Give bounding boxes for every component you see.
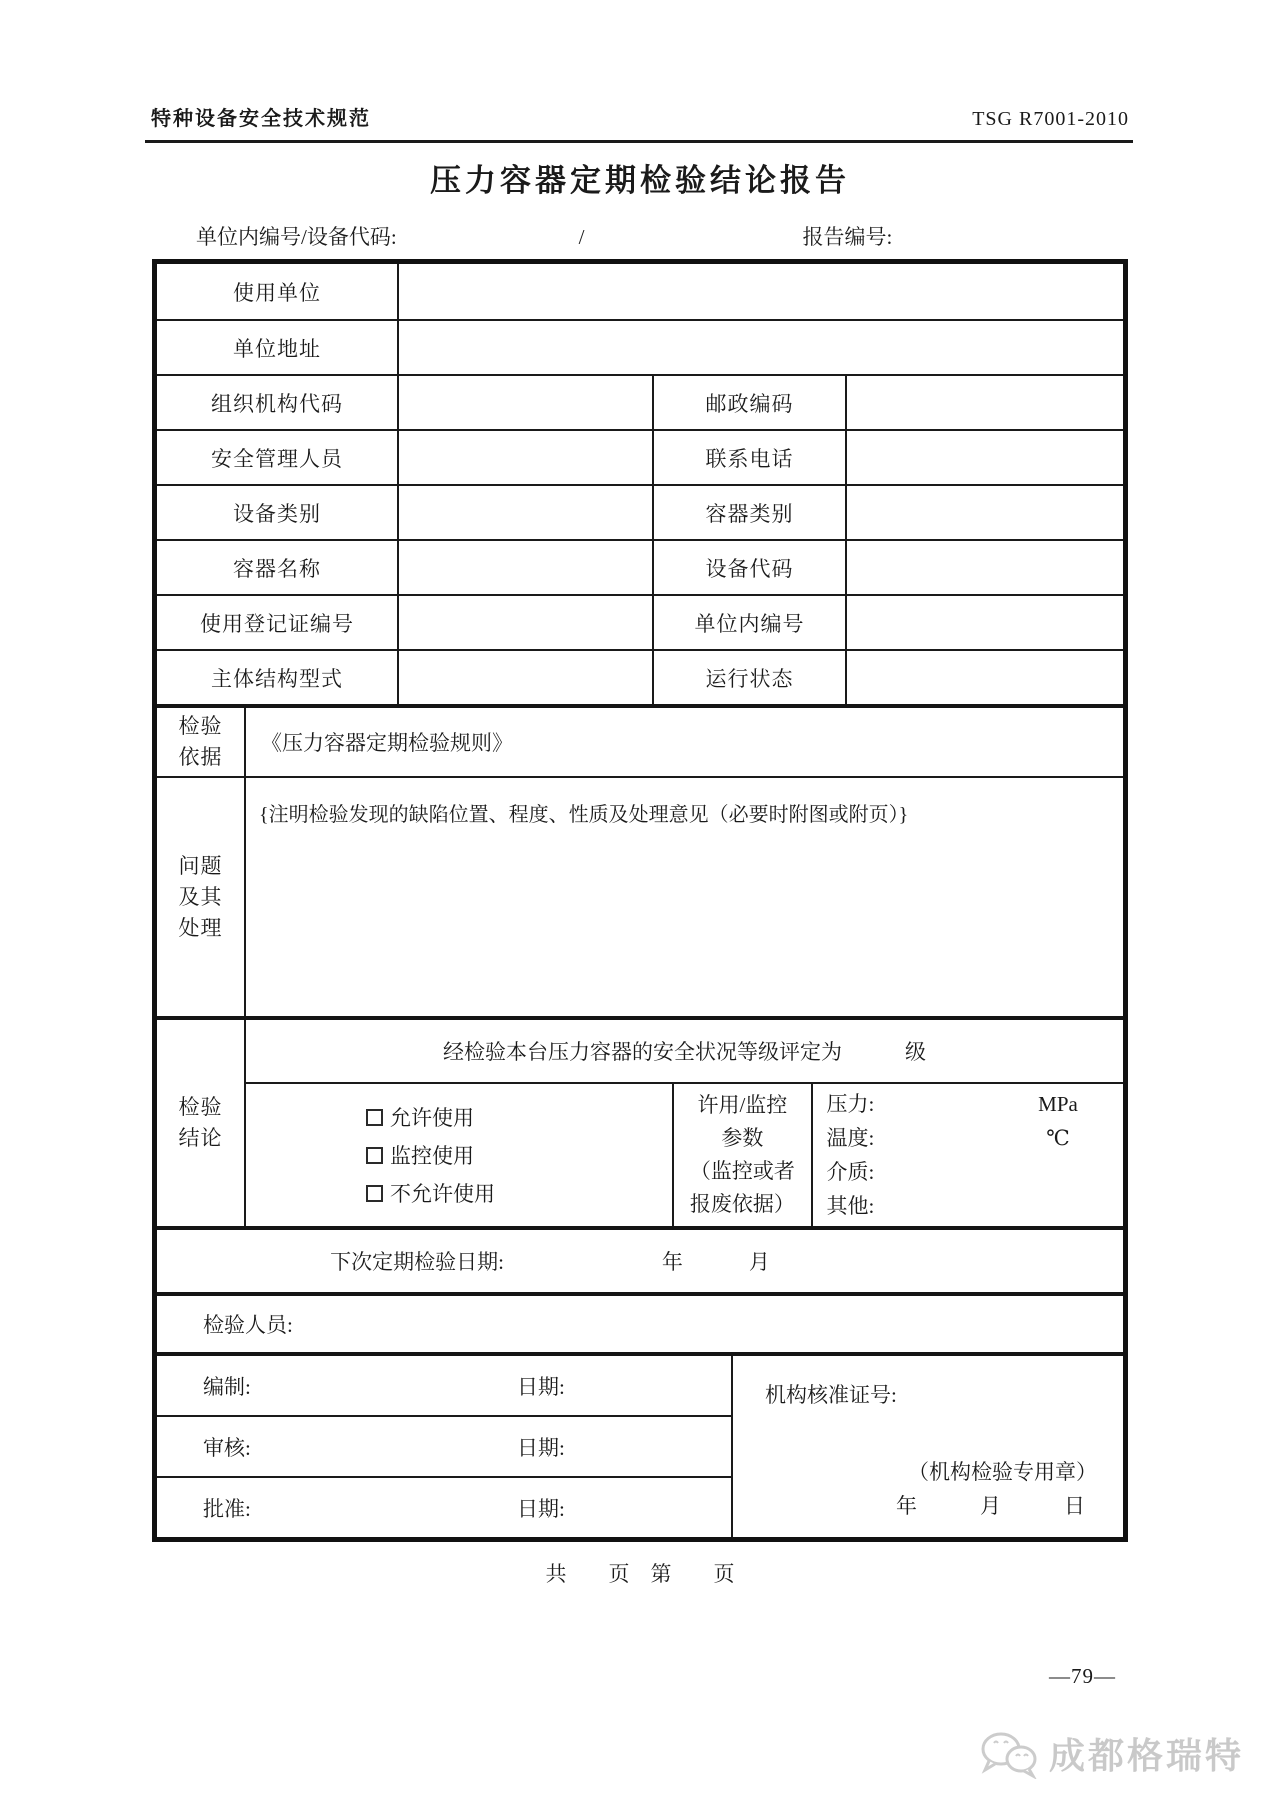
approved-by-label: 批准: [203, 1493, 251, 1523]
problems-note[interactable]: {注明检验发现的缺陷位置、程度、性质及处理意见（必要时附图或附页）} [244, 778, 1123, 1016]
equipment-code-value[interactable] [845, 541, 1123, 594]
org-cert-label: 机构核准证号: [765, 1378, 1099, 1412]
internal-no-value[interactable] [845, 596, 1123, 649]
checkbox-icon[interactable] [366, 1109, 383, 1126]
equipment-code-label: 设备代码 [652, 541, 845, 594]
row-structure-type: 主体结构型式 运行状态 [157, 649, 1123, 704]
unit-address-value[interactable] [397, 321, 1123, 374]
row-vessel-name: 容器名称 设备代码 [157, 539, 1123, 594]
org-cert-cell: 机构核准证号: （机构检验专用章） 年 月 日 [731, 1356, 1123, 1537]
conclusion-content: 经检验本台压力容器的安全状况等级评定为 级 允许使用 监控使用 [244, 1020, 1123, 1226]
param-list: 压力: MPa 温度: ℃ 介质: 其他: [813, 1084, 1123, 1226]
doc-header: 特种设备安全技术规范 TSG R7001-2010 [145, 0, 1133, 143]
spec-code: TSG R7001-2010 [972, 108, 1129, 131]
org-code-label: 组织机构代码 [157, 376, 397, 429]
param-name: 介质: [827, 1155, 875, 1189]
row-use-unit: 使用单位 [157, 264, 1123, 319]
unit-code-label: 单位内编号/设备代码: [196, 223, 397, 251]
row-signoff: 编制: 日期: 审核: 日期: 批准: 日期: 机构核准证号: （机构检验专用章… [157, 1352, 1123, 1537]
param-temperature: 温度: ℃ [813, 1121, 1123, 1155]
vessel-name-label: 容器名称 [157, 541, 397, 594]
watermark: 成都格瑞特 [979, 1728, 1244, 1779]
org-code-value[interactable] [397, 376, 652, 429]
next-inspection-label: 下次定期检验日期: [330, 1246, 504, 1276]
reviewed-by-label: 审核: [203, 1432, 251, 1462]
meta-line: 单位内编号/设备代码: / 报告编号: [152, 223, 1128, 251]
org-date-line: 年 月 日 [765, 1489, 1099, 1523]
date-label: 日期: [517, 1371, 565, 1401]
phone-value[interactable] [845, 431, 1123, 484]
date-label: 日期: [517, 1493, 565, 1523]
checkbox-icon[interactable] [366, 1147, 383, 1164]
slash-separator: / [579, 223, 585, 251]
registration-no-label: 使用登记证编号 [157, 596, 397, 649]
registration-no-value[interactable] [397, 596, 652, 649]
conclusion-bottom: 允许使用 监控使用 不允许使用 许用/监控 参数 （监控或者 报废依据） [246, 1084, 1123, 1226]
row-inspectors: 检验人员: [157, 1292, 1123, 1352]
use-unit-label: 使用单位 [157, 264, 397, 319]
param-pressure: 压力: MPa [813, 1087, 1123, 1121]
checkbox-monitored-use[interactable]: 监控使用 [366, 1140, 672, 1170]
conclusion-label: 检验 结论 [157, 1020, 244, 1226]
safety-manager-value[interactable] [397, 431, 652, 484]
structure-type-label: 主体结构型式 [157, 651, 397, 704]
report-table: 使用单位 单位地址 组织机构代码 邮政编码 安全管理人员 联系电话 设备类别 容… [152, 259, 1128, 1542]
signoff-block: 编制: 日期: 审核: 日期: 批准: 日期: [157, 1356, 731, 1537]
internal-no-label: 单位内编号 [652, 596, 845, 649]
equipment-category-value[interactable] [397, 486, 652, 539]
checkbox-label: 监控使用 [390, 1140, 474, 1170]
problems-label: 问题 及其 处理 [157, 778, 244, 1016]
prepared-by-label: 编制: [203, 1371, 251, 1401]
row-org-code: 组织机构代码 邮政编码 [157, 374, 1123, 429]
operating-status-value[interactable] [845, 651, 1123, 704]
param-unit: ℃ [1015, 1121, 1101, 1155]
param-unit: MPa [1015, 1087, 1101, 1121]
param-name: 其他: [827, 1189, 875, 1223]
phone-label: 联系电话 [652, 431, 845, 484]
param-medium: 介质: [813, 1155, 1123, 1189]
postal-code-label: 邮政编码 [652, 376, 845, 429]
vessel-category-value[interactable] [845, 486, 1123, 539]
pages-line: 共 页 第 页 [152, 1558, 1128, 1588]
structure-type-value[interactable] [397, 651, 652, 704]
inspection-basis-label: 检验 依据 [157, 708, 244, 776]
page-title: 压力容器定期检验结论报告 [0, 161, 1280, 201]
checkbox-label: 允许使用 [390, 1102, 474, 1132]
row-equipment-category: 设备类别 容器类别 [157, 484, 1123, 539]
operating-status-label: 运行状态 [652, 651, 845, 704]
row-unit-address: 单位地址 [157, 319, 1123, 374]
unit-address-label: 单位地址 [157, 321, 397, 374]
conclusion-checkboxes: 允许使用 监控使用 不允许使用 [246, 1084, 672, 1226]
document-page: 特种设备安全技术规范 TSG R7001-2010 压力容器定期检验结论报告 单… [0, 0, 1280, 1810]
param-other: 其他: [813, 1189, 1123, 1223]
row-safety-manager: 安全管理人员 联系电话 [157, 429, 1123, 484]
use-unit-value[interactable] [397, 264, 1123, 319]
checkbox-icon[interactable] [366, 1185, 383, 1202]
signoff-reviewed: 审核: 日期: [157, 1415, 731, 1476]
org-seal-note: （机构检验专用章） [765, 1455, 1099, 1489]
watermark-text: 成都格瑞特 [1049, 1728, 1244, 1779]
row-inspection-basis: 检验 依据 《压力容器定期检验规则》 [157, 704, 1123, 776]
inspectors-label: 检验人员: [157, 1296, 1123, 1352]
safety-grade-line: 经检验本台压力容器的安全状况等级评定为 级 [246, 1020, 1123, 1084]
param-name: 温度: [827, 1121, 875, 1155]
page-number: —79— [0, 1664, 1116, 1689]
row-problems: 问题 及其 处理 {注明检验发现的缺陷位置、程度、性质及处理意见（必要时附图或附… [157, 776, 1123, 1016]
spacer [765, 1412, 1099, 1455]
month-label: 月 [749, 1246, 770, 1276]
signoff-approved: 批准: 日期: [157, 1476, 731, 1537]
checkbox-label: 不允许使用 [390, 1178, 495, 1208]
vessel-name-value[interactable] [397, 541, 652, 594]
param-name: 压力: [827, 1087, 875, 1121]
row-conclusion: 检验 结论 经检验本台压力容器的安全状况等级评定为 级 允许使用 监控使用 [157, 1016, 1123, 1226]
equipment-category-label: 设备类别 [157, 486, 397, 539]
signoff-prepared: 编制: 日期: [157, 1356, 731, 1415]
report-no-label: 报告编号: [803, 223, 893, 251]
row-registration-no: 使用登记证编号 单位内编号 [157, 594, 1123, 649]
wechat-icon [979, 1729, 1041, 1779]
checkbox-allow-use[interactable]: 允许使用 [366, 1102, 672, 1132]
date-label: 日期: [517, 1432, 565, 1462]
vessel-category-label: 容器类别 [652, 486, 845, 539]
year-label: 年 [662, 1246, 683, 1276]
param-header: 许用/监控 参数 （监控或者 报废依据） [672, 1084, 812, 1226]
next-inspection-cell: 下次定期检验日期: 年 月 [157, 1230, 1123, 1292]
row-next-inspection: 下次定期检验日期: 年 月 [157, 1226, 1123, 1292]
inspection-basis-content: 《压力容器定期检验规则》 [244, 708, 1123, 776]
safety-manager-label: 安全管理人员 [157, 431, 397, 484]
checkbox-disallow-use[interactable]: 不允许使用 [366, 1178, 672, 1208]
spec-title: 特种设备安全技术规范 [151, 102, 371, 131]
postal-code-value[interactable] [845, 376, 1123, 429]
